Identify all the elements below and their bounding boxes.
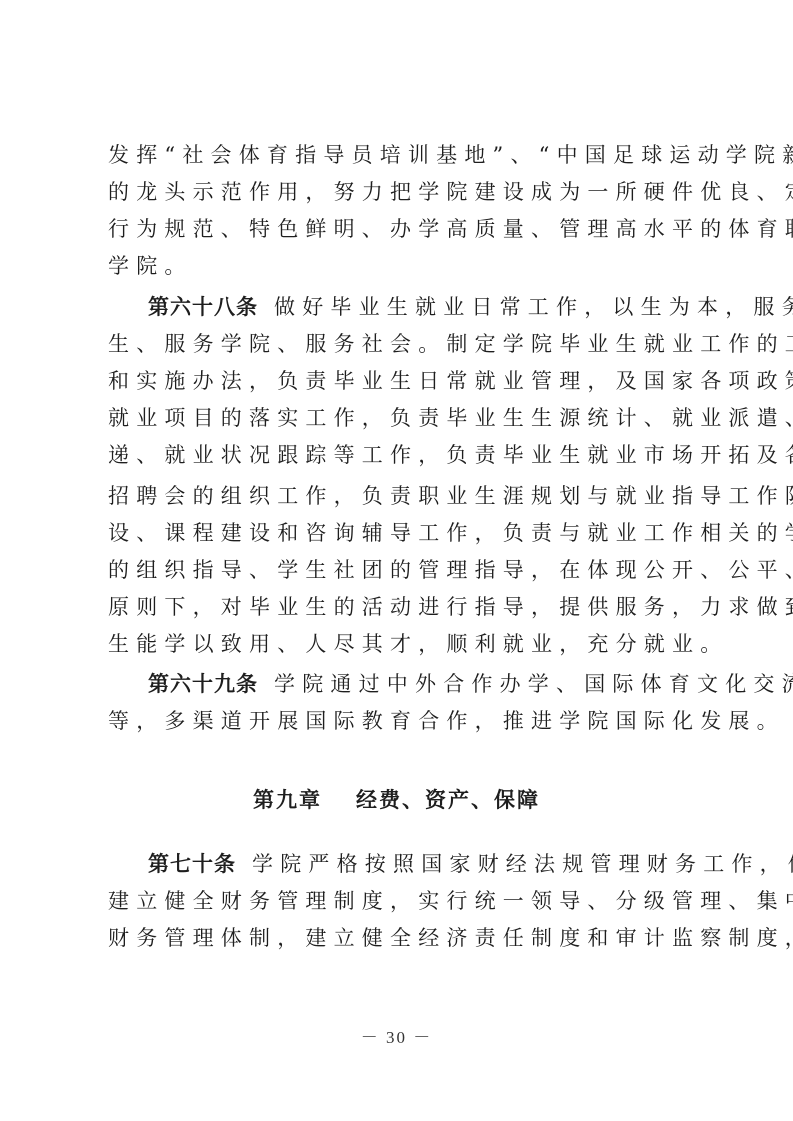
text-line: 招聘会的组织工作，负责职业生涯规划与就业指导工作队伍建 bbox=[108, 482, 692, 510]
text-line: 就业项目的落实工作，负责毕业生生源统计、就业派遣、档案转 bbox=[108, 404, 692, 432]
article-70-heading: 第七十条 bbox=[148, 852, 236, 876]
chapter-title: 经费、资产、保障 bbox=[356, 788, 540, 812]
document-page: 发挥“社会体育指导员培训基地”、“中国足球运动学院新疆分院” 的龙头示范作用，努… bbox=[0, 0, 793, 1121]
article-69-heading: 第六十九条 bbox=[148, 672, 258, 696]
text-line: 和实施办法，负责毕业生日常就业管理，及国家各项政策性基层 bbox=[108, 367, 692, 395]
text-line: 设、课程建设和咨询辅导工作，负责与就业工作相关的学生大赛 bbox=[108, 519, 692, 547]
text-line: 等，多渠道开展国际教育合作，推进学院国际化发展。 bbox=[108, 707, 692, 735]
text-span: 做好毕业生就业日常工作，以生为本，服务学 bbox=[274, 295, 793, 319]
text-span: 学院严格按照国家财经法规管理财务工作，依法 bbox=[252, 852, 793, 876]
text-line: 生能学以致用、人尽其才，顺利就业，充分就业。 bbox=[108, 630, 692, 658]
text-line: 生、服务学院、服务社会。制定学院毕业生就业工作的工作细则 bbox=[108, 330, 692, 358]
text-line: 原则下，对毕业生的活动进行指导，提供服务，力求做到使毕业 bbox=[108, 593, 692, 621]
article-70-first-line: 第七十条学院严格按照国家财经法规管理财务工作，依法 bbox=[108, 850, 692, 878]
text-span: 学院通过中外合作办学、国际体育文化交流 bbox=[274, 672, 793, 696]
article-68-first-line: 第六十八条做好毕业生就业日常工作，以生为本，服务学 bbox=[108, 293, 692, 321]
text-line: 学院。 bbox=[108, 252, 692, 280]
article-68-heading: 第六十八条 bbox=[148, 295, 258, 319]
text-line: 递、就业状况跟踪等工作，负责毕业生就业市场开拓及各级各类 bbox=[108, 441, 692, 469]
page-number: － 30 － bbox=[0, 1023, 793, 1048]
text-line: 的龙头示范作用，努力把学院建设成为一所硬件优良、定位准确、 bbox=[108, 178, 692, 206]
text-line: 的组织指导、学生社团的管理指导，在体现公开、公平、公正的 bbox=[108, 556, 692, 584]
text-line: 行为规范、特色鲜明、办学高质量、管理高水平的体育职业技术 bbox=[108, 215, 692, 243]
chapter-heading: 第九章经费、资产、保障 bbox=[0, 786, 793, 814]
text-line: 财务管理体制，建立健全经济责任制度和审计监察制度，完善监 bbox=[108, 924, 692, 952]
text-line: 建立健全财务管理制度，实行统一领导、分级管理、集中核算的 bbox=[108, 887, 692, 915]
article-69-first-line: 第六十九条学院通过中外合作办学、国际体育文化交流 bbox=[108, 670, 692, 698]
chapter-number: 第九章 bbox=[253, 788, 322, 812]
text-line: 发挥“社会体育指导员培训基地”、“中国足球运动学院新疆分院” bbox=[108, 141, 692, 169]
